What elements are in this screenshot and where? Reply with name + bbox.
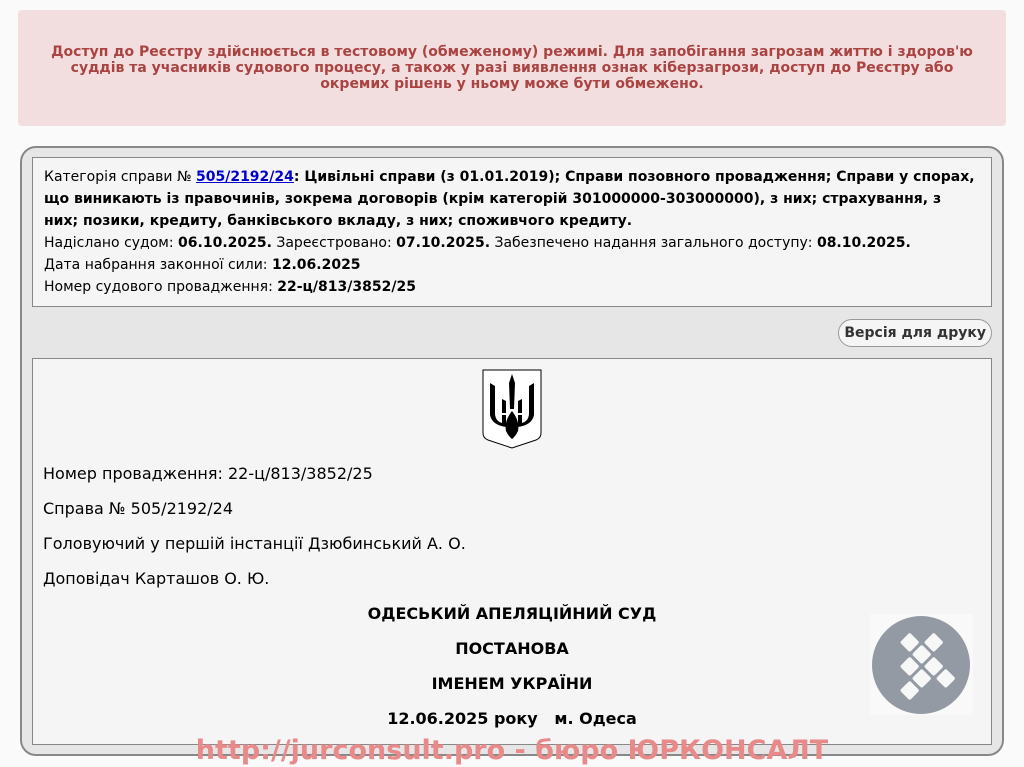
document-type: ПОСТАНОВА: [33, 639, 991, 659]
court-name: ОДЕСЬКИЙ АПЕЛЯЦІЙНИЙ СУД: [33, 604, 991, 624]
doc-rapporteur: Доповідач Карташов О. Ю.: [43, 569, 269, 589]
sent-date: 06.10.2025.: [178, 235, 272, 251]
ukraine-coat-of-arms-icon: [482, 369, 542, 449]
case-dates: Надіслано судом: 06.10.2025. Зареєстрова…: [44, 232, 980, 254]
access-warning-alert: Доступ до Реєстру здійснюється в тестово…: [18, 10, 1006, 126]
print-version-button[interactable]: Версія для друку: [838, 319, 992, 347]
doc-case-number: Справа № 505/2192/24: [43, 499, 233, 519]
public-access-date: 08.10.2025.: [817, 235, 911, 251]
case-category: Категорія справи № 505/2192/24: Цивільні…: [44, 166, 980, 232]
date-and-place: 12.06.2025 року м. Одеса: [33, 709, 991, 729]
in-the-name-of-ukraine: ІМЕНЕМ УКРАЇНИ: [33, 674, 991, 694]
effective-date-row: Дата набрання законної сили: 12.06.2025: [44, 254, 980, 276]
decision-container: Категорія справи № 505/2192/24: Цивільні…: [20, 146, 1004, 756]
access-warning-text: Доступ до Реєстру здійснюється в тестово…: [36, 44, 988, 92]
proceeding-number: 22-ц/813/3852/25: [277, 279, 416, 295]
doc-first-instance-judge: Головуючий у першій інстанції Дзюбинськи…: [43, 534, 466, 554]
doc-proceeding-number: Номер провадження: 22-ц/813/3852/25: [43, 464, 373, 484]
proceeding-number-row: Номер судового провадження: 22-ц/813/385…: [44, 276, 980, 298]
registered-date: 07.10.2025.: [396, 235, 490, 251]
badge-container: [870, 614, 973, 715]
case-number-link[interactable]: 505/2192/24: [196, 169, 294, 185]
decision-document: Номер провадження: 22-ц/813/3852/25 Спра…: [32, 358, 992, 745]
effective-date: 12.06.2025: [272, 257, 361, 273]
case-info-panel: Категорія справи № 505/2192/24: Цивільні…: [32, 157, 992, 307]
puzzle-network-badge-icon: [870, 614, 973, 715]
